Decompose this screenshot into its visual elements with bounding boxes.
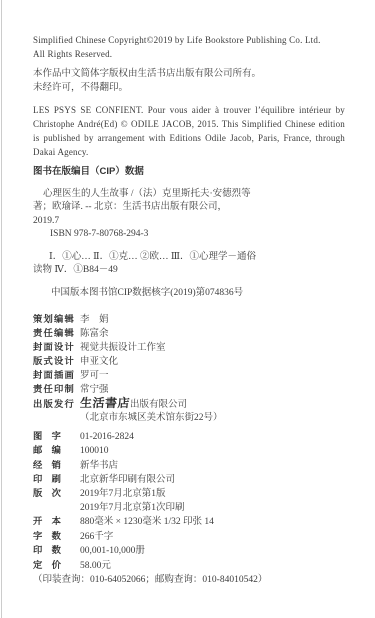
no-reprint-line: 未经许可，不得翻印。	[33, 81, 345, 95]
credit-label: 封面设计	[33, 341, 80, 354]
cip-heading: 图书在版编目（CIP）数据	[33, 165, 345, 179]
publisher-suffix: 出版有限公司	[130, 400, 187, 410]
pub-label: 字 数	[33, 530, 80, 543]
pub-row-format: 开 本880毫米 × 1230毫米 1/32 印张 14	[33, 515, 345, 529]
pub-row-edition: 版 次2019年7月北京第1版	[33, 487, 345, 501]
credit-label: 责任编辑	[33, 327, 80, 340]
page-edge-line	[1, 0, 2, 618]
cip-record-block: 心理医生的人生故事 /（法）克里斯托夫·安德烈等 著；欧瑜译. -- 北京：生活…	[33, 188, 345, 242]
pub-value: 58.00元	[80, 561, 111, 571]
credit-label: 策划编辑	[33, 313, 80, 326]
pub-value: 266千字	[80, 532, 113, 542]
pub-row-postal-code: 邮 编100010	[33, 444, 345, 458]
pub-label: 开 本	[33, 515, 80, 528]
credit-value: 申亚文化	[80, 357, 118, 367]
pub-label: 印 刷	[33, 473, 80, 486]
license-notice-paragraph: LES PSYS SE CONFIENT. Pour vous aider à …	[33, 103, 345, 159]
page-content: Simplified Chinese Copyright©2019 by Lif…	[0, 0, 375, 587]
pub-label: 经 销	[33, 459, 80, 472]
inquiry-phone-line: （印装查询：010-64052066；邮购查询：010-84010542）	[33, 574, 345, 587]
credit-row-responsible-editor: 责任编辑陈富余	[33, 327, 345, 341]
pub-row-distributor: 经 销新华书店	[33, 459, 345, 473]
pub-row-word-count: 字 数266千字	[33, 530, 345, 544]
copyright-chinese-block: 本作品中文简体字版权由生活书店出版有限公司所有。 未经许可，不得翻印。	[33, 67, 345, 95]
pub-label: 邮 编	[33, 444, 80, 457]
cip-registry-line: 中国版本图书馆CIP数据核字(2019)第074836号	[33, 287, 345, 300]
cip-registry-block: 中国版本图书馆CIP数据核字(2019)第074836号	[33, 287, 345, 300]
publication-info-block: 图 字01-2016-2824 邮 编100010 经 销新华书店 印 刷北京新…	[33, 430, 345, 573]
credit-label: 版式设计	[33, 355, 80, 368]
pub-row-print-run: 印 数00,001-10,000册	[33, 544, 345, 558]
credit-row-cover-design: 封面设计视觉共振设计工作室	[33, 341, 345, 355]
pub-row-price: 定 价58.00元	[33, 559, 345, 573]
all-rights-reserved-line: All Rights Reserved.	[33, 47, 345, 61]
pub-label: 版 次	[33, 487, 80, 500]
copyright-page: Simplified Chinese Copyright©2019 by Lif…	[0, 0, 375, 618]
copyright-english-line: Simplified Chinese Copyright©2019 by Lif…	[33, 33, 345, 47]
isbn-line: ISBN 978-7-80768-294-3	[33, 228, 345, 241]
pub-value: 880毫米 × 1230毫米 1/32 印张 14	[80, 517, 214, 527]
publisher-label: 出版发行	[33, 398, 80, 411]
credit-label: 责任印制	[33, 383, 80, 396]
pub-value: 北京新华印刷有限公司	[80, 475, 175, 485]
pub-edition-second-line: 2019年7月北京第1次印刷	[33, 502, 345, 515]
pub-value: 100010	[80, 446, 109, 456]
credit-value: 常宁强	[80, 385, 109, 395]
publisher-address-line: （北京市东城区美术馆东街22号）	[33, 412, 345, 425]
pub-label: 定 价	[33, 559, 80, 572]
cip-author-line: 著；欧瑜译. -- 北京：生活书店出版有限公司，	[33, 201, 345, 214]
credit-row-print-supervisor: 责任印制常宁强	[33, 383, 345, 397]
classification-line-1: Ⅰ．①心… Ⅱ．①克… ②欧… Ⅲ．①心理学－通俗	[33, 251, 345, 264]
copyright-chinese-line: 本作品中文简体字版权由生活书店出版有限公司所有。	[33, 67, 345, 81]
credit-row-planning-editor: 策划编辑李 娟	[33, 313, 345, 327]
pub-label: 印 数	[33, 544, 80, 557]
pub-row-license-number: 图 字01-2016-2824	[33, 430, 345, 444]
classification-line-2: 读物 Ⅳ．①B84－49	[33, 264, 345, 277]
pub-value: 01-2016-2824	[80, 432, 134, 442]
pub-value: 新华书店	[80, 461, 118, 471]
pub-row-printer: 印 刷北京新华印刷有限公司	[33, 473, 345, 487]
credits-block: 策划编辑李 娟 责任编辑陈富余 封面设计视觉共振设计工作室 版式设计申亚文化 封…	[33, 313, 345, 425]
copyright-english-block: Simplified Chinese Copyright©2019 by Lif…	[33, 33, 345, 61]
credit-label: 封面插画	[33, 369, 80, 382]
credit-value: 视觉共振设计工作室	[80, 343, 166, 353]
credit-value: 罗可一	[80, 371, 109, 381]
pub-label: 图 字	[33, 430, 80, 443]
credit-row-layout-design: 版式设计申亚文化	[33, 355, 345, 369]
credit-value: 李 娟	[80, 315, 109, 325]
credit-value: 陈富余	[80, 329, 109, 339]
credit-row-publisher: 出版发行生活書店出版有限公司	[33, 397, 345, 412]
cip-year-line: 2019.7	[33, 215, 345, 228]
pub-value: 2019年7月北京第1版	[80, 489, 166, 499]
credit-row-cover-illustration: 封面插画罗可一	[33, 369, 345, 383]
cip-classification-block: Ⅰ．①心… Ⅱ．①克… ②欧… Ⅲ．①心理学－通俗 读物 Ⅳ．①B84－49	[33, 251, 345, 278]
pub-value: 00,001-10,000册	[80, 546, 145, 556]
cip-title-line: 心理医生的人生故事 /（法）克里斯托夫·安德烈等	[33, 188, 345, 201]
publisher-brand-logotype: 生活書店	[80, 397, 131, 410]
